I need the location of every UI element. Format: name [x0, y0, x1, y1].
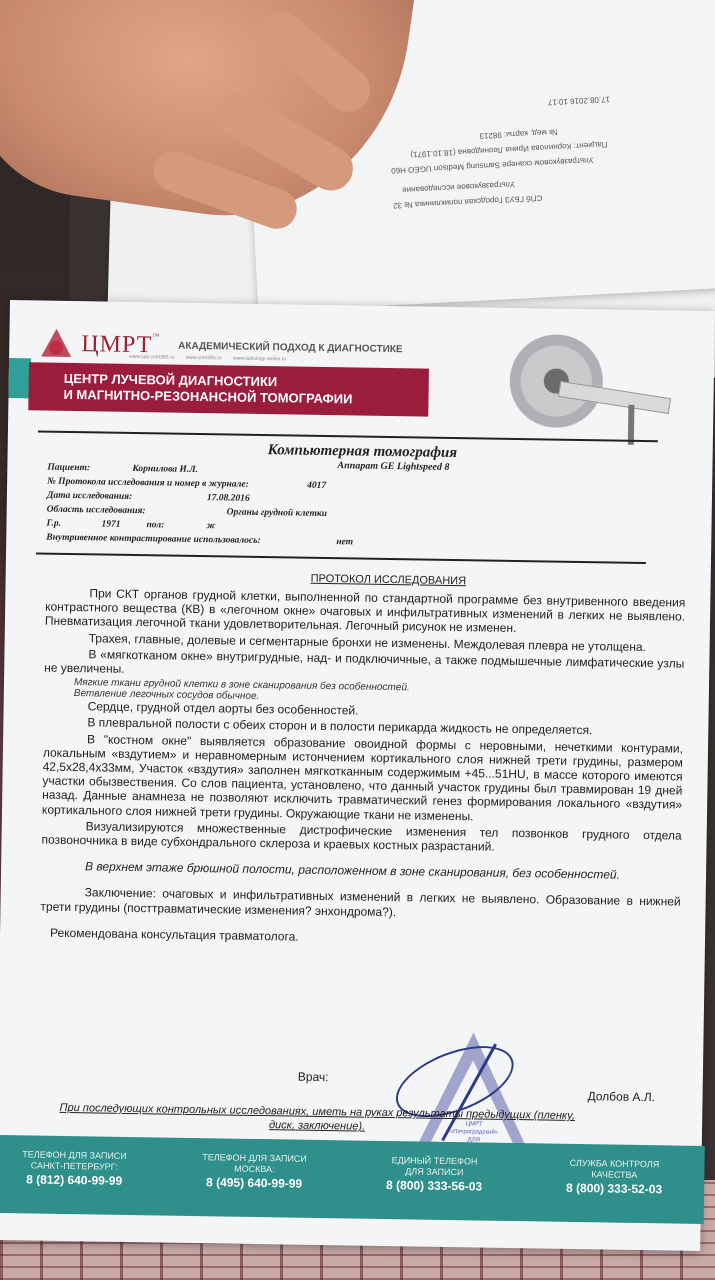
ultrasound-line: 17.08.2016 10:17 — [548, 94, 611, 108]
area-value: Органы грудной клетки — [227, 507, 327, 519]
contrast-value: нет — [336, 537, 353, 547]
area-label: Область исследования: — [47, 505, 146, 517]
logo-triangle-icon — [39, 328, 73, 359]
phone-number: 8 (812) 640-99-99 — [0, 1174, 164, 1188]
doctor-name: Долбов А.Л. — [587, 1089, 655, 1104]
phone-number: 8 (495) 640-99-99 — [164, 1177, 344, 1191]
ct-report-document: ЦМРТ™ АКАДЕМИЧЕСКИЙ ПОДХОД К ДИАГНОСТИКЕ… — [0, 300, 715, 1251]
banner-text: ЦЕНТР ЛУЧЕВОЙ ДИАГНОСТИКИ И МАГНИТНО-РЕЗ… — [63, 371, 352, 408]
clinic-urls: www.spb.cmrt365.ru www.cmrt365.ru www.ra… — [129, 354, 286, 362]
year-label: Г.р. — [46, 519, 61, 529]
protocol-label: № Протокола исследования и номер в журна… — [47, 477, 249, 490]
date-value: 17.08.2016 — [207, 493, 250, 504]
contact-moscow: ТЕЛЕФОН ДЛЯ ЗАПИСИ МОСКВА: 8 (495) 640-9… — [164, 1138, 345, 1219]
contact-quality: СЛУЖБА КОНТРОЛЯ КАЧЕСТВА 8 (800) 333-52-… — [524, 1143, 705, 1224]
patient-value: Корнилова И.Л. — [132, 464, 198, 475]
protocol-value: 4017 — [307, 481, 326, 491]
protocol-heading: ПРОТОКОЛ ИССЛЕДОВАНИЯ — [311, 573, 467, 587]
paragraph: При СКТ органов грудной клетки, выполнен… — [45, 586, 686, 639]
report-title: Компьютерная томография — [268, 442, 458, 462]
slogan: АКАДЕМИЧЕСКИЙ ПОДХОД К ДИАГНОСТИКЕ — [178, 340, 403, 355]
device-name: Аппарат GE Lightspeed 8 — [337, 460, 449, 473]
contact-spb: ТЕЛЕФОН ДЛЯ ЗАПИСИ САНКТ-ПЕТЕРБУРГ: 8 (8… — [0, 1135, 165, 1216]
report-body: При СКТ органов грудной клетки, выполнен… — [40, 586, 686, 952]
contact-unified: ЕДИНЫЙ ТЕЛЕФОН ДЛЯ ЗАПИСИ 8 (800) 333-56… — [344, 1140, 525, 1221]
phone-number: 8 (800) 333-56-03 — [344, 1179, 524, 1193]
patient-label: Пациент: — [47, 463, 90, 474]
sex-label: пол: — [146, 520, 164, 530]
ultrasound-line: № мед. карты: 98213 — [479, 126, 558, 141]
date-label: Дата исследования: — [47, 491, 132, 502]
phone-number: 8 (800) 333-52-03 — [524, 1182, 704, 1196]
doctor-label: Врач: — [298, 1070, 329, 1084]
paragraph: В "костном окне" выявляется образование … — [42, 731, 683, 826]
divider — [36, 552, 646, 564]
ultrasound-title: Ультразвуковое исследование — [402, 179, 515, 196]
recommendation: Рекомендована консультация травматолога. — [40, 925, 680, 949]
conclusion: Заключение: очаговых и инфильтративных и… — [40, 885, 680, 923]
ct-scanner-image — [478, 327, 670, 450]
year-value: 1971 — [101, 519, 120, 529]
contrast-label: Внутривенное контрастирование использова… — [46, 533, 261, 546]
paragraph: В верхнем этаже брюшной полости, располо… — [41, 859, 681, 883]
sex-value: ж — [206, 521, 215, 531]
ultrasound-clinic: СПб ГБУЗ Городская поликлиника № 32 — [393, 192, 543, 211]
contact-footer: ТЕЛЕФОН ДЛЯ ЗАПИСИ САНКТ-ПЕТЕРБУРГ: 8 (8… — [0, 1135, 705, 1224]
